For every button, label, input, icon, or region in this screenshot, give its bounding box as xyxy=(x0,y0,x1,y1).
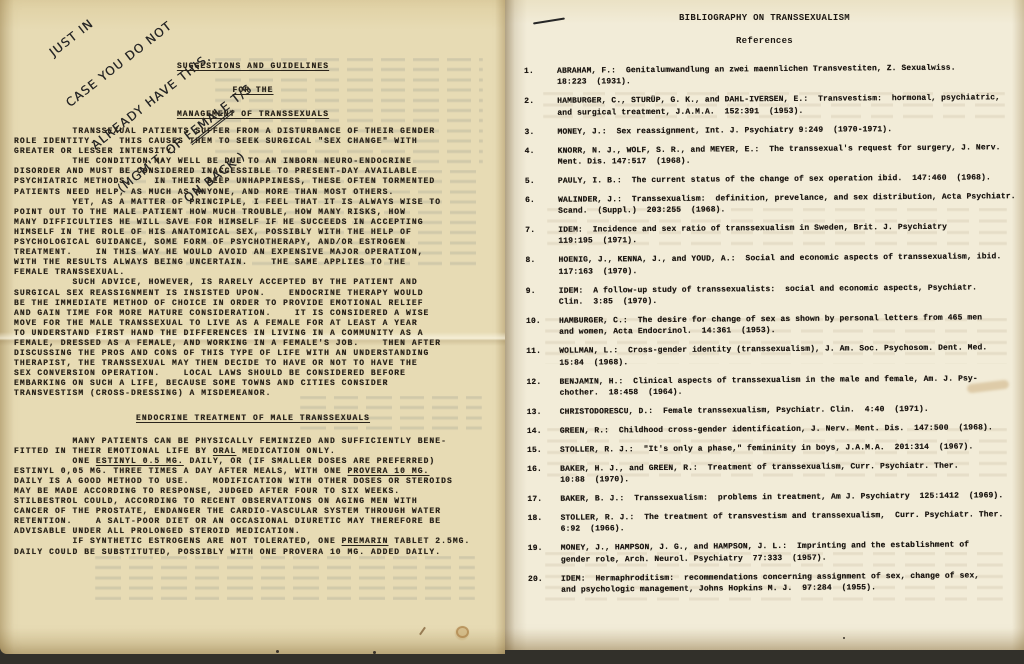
entry-number: 17. xyxy=(527,494,560,506)
doc-paragraph: IF SYNTHETIC ESTROGENS ARE NOT TOLERATED… xyxy=(14,537,492,557)
bibliography-entry: 16.BAKER, H. J., and GREEN, R.: Treatmen… xyxy=(527,460,1021,487)
references-subtitle: References xyxy=(505,36,1024,46)
typewritten-line: RETENTION. A SALT-POOR DIET OR AN OCCASI… xyxy=(14,517,492,527)
entry-number: 13. xyxy=(527,407,560,419)
typewritten-line: AND GAIN TIME FOR MORE MATURE CONSIDERAT… xyxy=(14,309,492,319)
bibliography-entry: 10.HAMBURGER, C.: The desire for change … xyxy=(526,312,1020,339)
typewritten-line: ESTINYL 0,05 MG. THREE TIMES A DAY AFTER… xyxy=(14,467,492,477)
entry-line: PAULY, I. B.: The current status of the … xyxy=(558,172,1019,187)
bibliography-entry: 17.BAKER, B. J.: Transsexualism: problem… xyxy=(527,490,1021,505)
ink-speck xyxy=(419,627,426,636)
entry-number: 16. xyxy=(527,463,560,486)
entry-text: HAMBURGER, C., STURÜP, G. K., and DAHL-I… xyxy=(557,92,1018,118)
entry-number: 9. xyxy=(526,285,559,308)
typewritten-line: WITH THE RESULTS ALWAYS BEING UNCERTAIN.… xyxy=(14,258,492,268)
entry-number: 12. xyxy=(526,376,559,399)
typewritten-line: MOVE FOR THE MALE TRANSSEXUAL TO LIVE AS… xyxy=(14,319,492,329)
typewritten-line: FITTED IN THEIR EMOTIONAL LIFE BY ORAL M… xyxy=(14,447,492,457)
bibliography-entry: 5.PAULY, I. B.: The current status of th… xyxy=(525,172,1019,187)
bibliography-entry: 6.WALINDER, J.: Transsexualism: definiti… xyxy=(525,191,1019,218)
bibliography-entry: 4.KNORR, N. J., WOLF, S. R., and MEYER, … xyxy=(525,142,1019,169)
typewritten-line: POINT OUT TO THE MALE PATIENT HOW MUCH T… xyxy=(14,208,492,218)
typewritten-line: THERAPIST, THE TRANSSEXUAL MAY THEN DECI… xyxy=(14,359,492,369)
entry-text: WOLLMAN, L.: Cross-gender identity (tran… xyxy=(559,342,1020,368)
entry-number: 4. xyxy=(525,145,558,168)
bibliography-entry: 8.HOENIG, J., KENNA, J., and YOUD, A.: S… xyxy=(525,251,1019,278)
entry-line: and psychologic management, Johns Hopkin… xyxy=(561,581,1022,596)
ink-speck xyxy=(276,650,279,653)
doc-paragraph: SUCH ADVICE, HOWEVER, IS RARELY ACCEPTED… xyxy=(14,278,492,399)
bibliography-entry: 14.GREEN, R.: Childhood cross-gender ide… xyxy=(527,422,1021,437)
typewritten-line: DAILY IS A GOOD METHOD TO USE. MODIFICAT… xyxy=(14,477,492,487)
entry-text: STOLLER, R. J.: "It's only a phase," fem… xyxy=(560,441,1021,456)
entry-text: BENJAMIN, H.: Clinical aspects of transs… xyxy=(559,373,1020,399)
entry-text: IDEM: Incidence and sex ratio of transse… xyxy=(558,221,1019,247)
bibliography-entry: 19.MONEY, J., HAMPSON, J. G., and HAMPSO… xyxy=(528,539,1022,566)
entry-text: BAKER, B. J.: Transsexualism: problems i… xyxy=(560,490,1021,505)
entry-text: MONEY, J., HAMPSON, J. G., and HAMPSON, … xyxy=(561,539,1022,565)
entry-line: 18:223 (1931). xyxy=(557,74,1018,89)
typewritten-line: TRANSVESTISM (CROSS-DRESSING) A MISDEMEA… xyxy=(14,389,492,399)
entry-text: IDEM: Hermaphroditism: recommendations c… xyxy=(561,570,1022,596)
entry-line: Scand. (Suppl.) 203:255 (1968). xyxy=(558,202,1019,217)
entry-text: MONEY, J.: Sex reassignment, Int. J. Psy… xyxy=(557,123,1018,138)
bibliography-entry: 3.MONEY, J.: Sex reassignment, Int. J. P… xyxy=(524,123,1018,138)
bibliography-entry: 7.IDEM: Incidence and sex ratio of trans… xyxy=(525,221,1019,248)
entry-number: 5. xyxy=(525,176,558,188)
entry-line: CHRISTODORESCU, D.: Female transsexualis… xyxy=(560,403,1021,418)
typewritten-line: DAILY COULD BE SUBSTITUTED, POSSIBLY WIT… xyxy=(14,548,492,558)
entry-number: 20. xyxy=(528,573,561,596)
scan-background: { "colors":{ "left_paper":"#e7dbb4", "ri… xyxy=(0,0,1024,664)
typewritten-line: MAY BE MADE ACCORDING TO RESPONSE, JUDGE… xyxy=(14,487,492,497)
typewritten-line: GREATER OR LESSER INTENSITY. xyxy=(14,147,492,157)
ink-speck xyxy=(843,637,845,639)
entry-text: HOENIG, J., KENNA, J., and YOUD, A.: Soc… xyxy=(558,251,1019,277)
entry-text: KNORR, N. J., WOLF, S. R., and MEYER, E.… xyxy=(558,142,1019,168)
typewritten-line: DISORDER AND MUST BE CONSIDERED INACCESS… xyxy=(14,167,492,177)
typewritten-line: FEMALE TRANSSEXUAL. xyxy=(14,268,492,278)
doc-paragraph: ONE ESTINYL 0.5 MG. DAILY, OR (IF SMALLE… xyxy=(14,457,492,538)
typewritten-line: SUCH ADVICE, HOWEVER, IS RARELY ACCEPTED… xyxy=(14,278,492,288)
entry-text: CHRISTODORESCU, D.: Female transsexualis… xyxy=(560,403,1021,418)
entry-number: 15. xyxy=(527,444,560,456)
bibliography-entry: 15.STOLLER, R. J.: "It's only a phase," … xyxy=(527,441,1021,456)
typewritten-line: DISCUSSING THE PROS AND CONS OF THIS TYP… xyxy=(14,349,492,359)
typewritten-line: THE CONDITION MAY WELL BE DUE TO AN INBO… xyxy=(14,157,492,167)
ghost-text xyxy=(95,556,475,600)
typewritten-line: YET, AS A MATTER OF PRINCIPLE, I FEEL TH… xyxy=(14,198,492,208)
bibliography-entry: 13.CHRISTODORESCU, D.: Female transsexua… xyxy=(527,403,1021,418)
typewritten-line: ROLE IDENTITY. THIS CAUSES THEM TO SEEK … xyxy=(14,137,492,147)
typewritten-line: CANCER OF THE PROSTATE, ENDANGER THE CAR… xyxy=(14,507,492,517)
left-page: JUST IN CASE YOU DO NOT ALREADY HAVE THI… xyxy=(0,0,505,654)
entry-number: 18. xyxy=(528,513,561,536)
entry-line: Ment. Dis. 147:517 (1968). xyxy=(558,153,1019,168)
entry-number: 2. xyxy=(524,96,557,119)
typewritten-line: HIMSELF IN THE ROLE OF HIS ANATOMICAL SE… xyxy=(14,228,492,238)
entry-text: IDEM: A follow-up study of transsexualis… xyxy=(559,282,1020,308)
entry-line: and women, Acta Endocrinol. 14:361 (1953… xyxy=(559,324,1020,339)
typewritten-line: PSYCHIATRIC METHODS. IN THEIR DEEP UNHAP… xyxy=(14,177,492,187)
entry-line: 119:195 (1971). xyxy=(558,233,1019,248)
entry-text: WALINDER, J.: Transsexualism: definition… xyxy=(558,191,1019,217)
doc-paragraph: THE CONDITION MAY WELL BE DUE TO AN INBO… xyxy=(14,157,492,197)
entry-number: 1. xyxy=(524,66,557,89)
typewritten-document: SUGGESTIONS AND GUIDELINESFOR THEMANAGEM… xyxy=(14,55,492,558)
typewritten-line: EMBARKING ON SUCH A LIFE, BECAUSE SOME T… xyxy=(14,379,492,389)
typewritten-line: ADVISABLE UNDER ALL PROLONGED STEROID ME… xyxy=(14,527,492,537)
typewritten-line: MANY DIFFICULTIES HE WILL SAVE FOR HIMSE… xyxy=(14,218,492,228)
bibliography-entry: 1.ABRAHAM, F.: Genitalumwandlung an zwei… xyxy=(524,62,1018,89)
typewritten-line: BE THE IMMEDIATE METHOD OF CHOICE IN ORD… xyxy=(14,299,492,309)
entry-text: GREEN, R.: Childhood cross-gender identi… xyxy=(560,422,1021,437)
entry-number: 3. xyxy=(524,126,557,138)
bibliography-entry: 11.WOLLMAN, L.: Cross-gender identity (t… xyxy=(526,342,1020,369)
entry-number: 6. xyxy=(525,194,558,217)
entry-text: HAMBURGER, C.: The desire for change of … xyxy=(559,312,1020,338)
entry-text: STOLLER, R. J.: The treatment of transve… xyxy=(561,509,1022,535)
typewritten-line: IF SYNTHETIC ESTROGENS ARE NOT TOLERATED… xyxy=(14,537,492,547)
doc-paragraph: MANY PATIENTS CAN BE PHYSICALLY FEMINIZE… xyxy=(14,437,492,457)
entry-number: 10. xyxy=(526,316,559,339)
doc-heading: MANAGEMENT OF TRANSSEXUALS xyxy=(14,103,492,127)
entry-text: ABRAHAM, F.: Genitalumwandlung an zwei m… xyxy=(557,62,1018,88)
entry-line: STOLLER, R. J.: "It's only a phase," fem… xyxy=(560,441,1021,456)
right-page: BIBLIOGRAPHY ON TRANSSEXUALISM Reference… xyxy=(505,0,1024,650)
bibliography-entry: 20.IDEM: Hermaphroditism: recommendation… xyxy=(528,570,1022,597)
typewritten-line: FEMALE, DRESSED AS A FEMALE, AND WORKING… xyxy=(14,339,492,349)
entry-line: GREEN, R.: Childhood cross-gender identi… xyxy=(560,422,1021,437)
bibliography-list: 1.ABRAHAM, F.: Genitalumwandlung an zwei… xyxy=(524,62,1022,604)
entry-line: MONEY, J.: Sex reassignment, Int. J. Psy… xyxy=(557,123,1018,138)
typewritten-line: TRANSSEXUAL PATIENTS SUFFER FROM A DISTU… xyxy=(14,127,492,137)
entry-line: chother. 18:458 (1964). xyxy=(560,384,1021,399)
typewritten-line: MANY PATIENTS CAN BE PHYSICALLY FEMINIZE… xyxy=(14,437,492,447)
typewritten-line: TREATMENT. IN THIS WAY HE WOULD AVOID AN… xyxy=(14,248,492,258)
entry-number: 19. xyxy=(528,543,561,566)
entry-number: 7. xyxy=(525,225,558,248)
bibliography-entry: 2.HAMBURGER, C., STURÜP, G. K., and DAHL… xyxy=(524,92,1018,119)
doc-heading: ENDOCRINE TREATMENT OF MALE TRANSSEXUALS xyxy=(14,407,492,431)
ink-speck xyxy=(373,651,376,654)
entry-number: 8. xyxy=(525,255,558,278)
entry-number: 11. xyxy=(526,346,559,369)
page-title: BIBLIOGRAPHY ON TRANSSEXUALISM xyxy=(505,13,1024,23)
entry-line: Clin. 3:85 (1970). xyxy=(559,293,1020,308)
bibliography-entry: 9.IDEM: A follow-up study of transsexual… xyxy=(526,282,1020,309)
entry-line: BAKER, B. J.: Transsexualism: problems i… xyxy=(560,490,1021,505)
doc-paragraph: TRANSSEXUAL PATIENTS SUFFER FROM A DISTU… xyxy=(14,127,492,157)
typewritten-line: STILBESTROL COULD, ACCORDING TO RECENT O… xyxy=(14,497,492,507)
typewritten-line: SEX CONVERSION OPERATION. LOCAL LAWS SHO… xyxy=(14,369,492,379)
typewritten-line: PATIENTS NEED HELP, AS MUCH AS ANYONE, A… xyxy=(14,188,492,198)
bibliography-entry: 18.STOLLER, R. J.: The treatment of tran… xyxy=(528,509,1022,536)
entry-number: 14. xyxy=(527,426,560,438)
doc-heading: SUGGESTIONS AND GUIDELINES xyxy=(14,55,492,79)
doc-paragraph: YET, AS A MATTER OF PRINCIPLE, I FEEL TH… xyxy=(14,198,492,279)
typewritten-line: SURGICAL SEX REASSIGNMENT IS INSISTED UP… xyxy=(14,289,492,299)
entry-text: PAULY, I. B.: The current status of the … xyxy=(558,172,1019,187)
stain-ring xyxy=(456,626,469,638)
entry-text: BAKER, H. J., and GREEN, R.: Treatment o… xyxy=(560,460,1021,486)
doc-heading: FOR THE xyxy=(14,79,492,103)
typewritten-line: ONE ESTINYL 0.5 MG. DAILY, OR (IF SMALLE… xyxy=(14,457,492,467)
bibliography-entry: 12.BENJAMIN, H.: Clinical aspects of tra… xyxy=(526,373,1020,400)
typewritten-line: TO UNDERSTAND FIRST HAND THE DIFFERENCES… xyxy=(14,329,492,339)
typewritten-line: PSYCHOLOGICAL GUIDANCE, SOME FORM OF PSY… xyxy=(14,238,492,248)
